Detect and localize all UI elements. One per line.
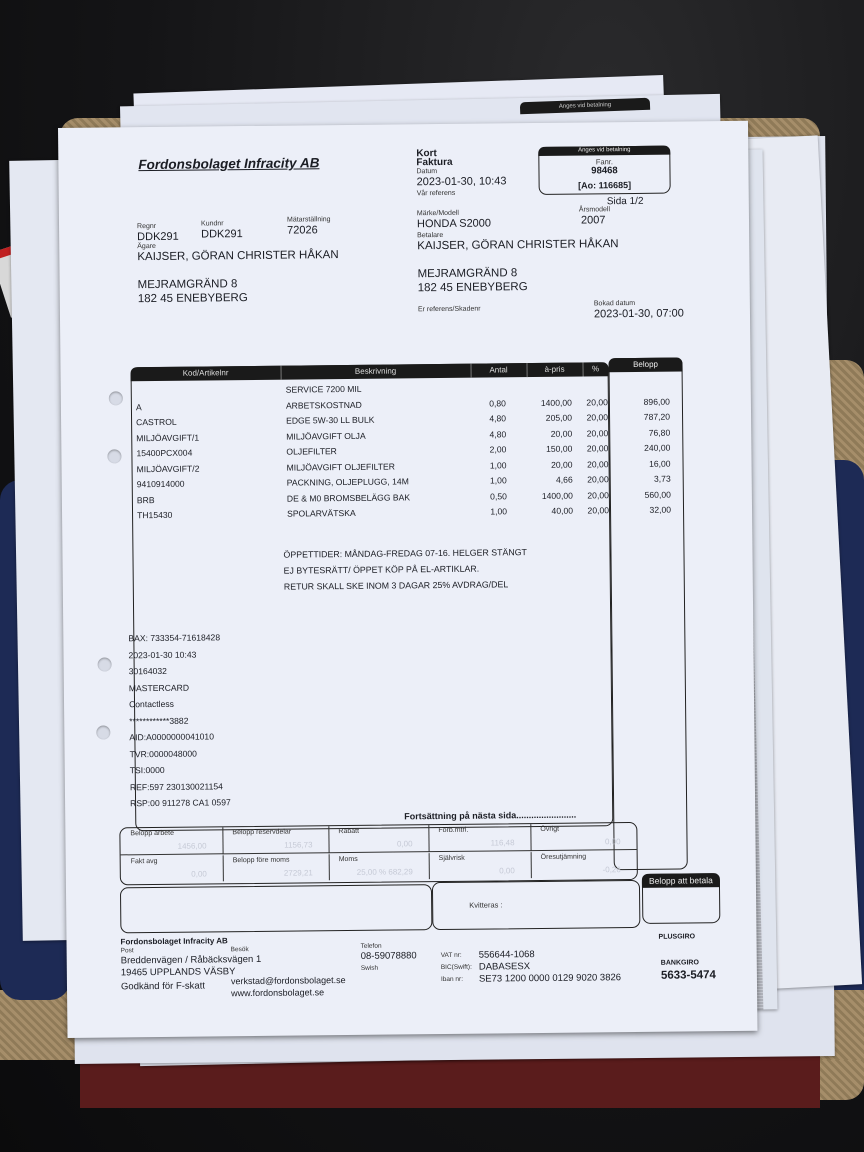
mileage-label: Mätarställning	[287, 216, 331, 223]
item-code: BRB	[137, 493, 277, 504]
receipt-line: REF:597 230130021154	[130, 778, 231, 796]
address-line2: 19465 UPPLANDS VÄSBY	[121, 966, 236, 978]
amount-to-pay-label: Belopp att betala	[642, 873, 720, 888]
item-unit-price: 4,66	[517, 475, 573, 486]
summary-value: 1156,73	[284, 840, 312, 849]
bic-label: BIC(Swift):	[441, 964, 472, 971]
summary-cell: Fakt avg0,00	[121, 855, 224, 882]
item-amount: 896,00	[610, 396, 670, 407]
summary-cell: Belopp arbete1456,00	[120, 827, 223, 855]
receipt-box: Kvitteras :	[432, 880, 640, 930]
payer-address-line1: MEJRAMGRÄND 8	[417, 267, 517, 280]
items-table: Kod/Artikelnr Beskrivning Antal à-pris %…	[131, 362, 614, 831]
bankgiro-label: BANKGIRO	[661, 959, 699, 966]
summary-value: 0,00	[605, 837, 621, 846]
post-label: Post	[121, 947, 134, 954]
summary-label: Belopp arbete	[130, 830, 174, 837]
receipt-line: TSI:0000	[130, 761, 231, 779]
item-unit-price: 1400,00	[517, 490, 573, 501]
item-qty: 1,00	[467, 460, 507, 470]
summary-label: Belopp före moms	[233, 857, 290, 865]
punch-hole	[96, 725, 110, 739]
summary-value: 0,00	[191, 869, 207, 878]
item-unit-price: 150,00	[516, 444, 572, 455]
summary-label: Förb.mtrl.	[438, 827, 468, 834]
note-line: ÖPPETTIDER: MÅNDAG-FREDAG 07-16. HELGER …	[283, 544, 527, 563]
amount-column: Belopp 896,00787,2076,80240,0016,003,735…	[608, 357, 687, 870]
footer-company-name: Fordonsbolaget Infracity AB	[120, 936, 227, 946]
item-description: SPOLARVÄTSKA	[287, 507, 477, 519]
item-amount: 32,00	[611, 505, 671, 516]
owner-address-line2: 182 45 ENEBYBERG	[138, 292, 248, 305]
receipt-line: 30164032	[129, 662, 230, 680]
iban-value: SE73 1200 0000 0129 9020 3826	[479, 972, 621, 984]
item-description: DE & M0 BROMSBELÄGG BAK	[287, 491, 477, 503]
summary-label: Självrisk	[439, 855, 465, 862]
summary-value: 0,00	[499, 866, 515, 875]
address-line1: Breddenvägen / Råbäcksvägen 1	[121, 954, 262, 966]
item-amount: 16,00	[610, 458, 670, 469]
item-amount: 76,80	[610, 427, 670, 438]
mileage-value: 72026	[287, 224, 318, 236]
item-unit-price: 20,00	[516, 428, 572, 439]
item-unit-price: 40,00	[517, 506, 573, 517]
item-description: ARBETSKOSTNAD	[286, 398, 476, 410]
ao-value: [Ao: 116685]	[540, 180, 670, 191]
summary-cell: Förb.mtrl.116,48	[428, 824, 531, 852]
summary-value: 0,00	[397, 839, 413, 848]
model-year-label: Årsmodell	[579, 206, 610, 213]
receipt-line: AID:A0000000041010	[129, 728, 230, 746]
item-amount: 560,00	[611, 489, 671, 500]
receipt-line: MASTERCARD	[129, 679, 230, 697]
item-amount: 240,00	[610, 443, 670, 454]
item-qty: 4,80	[466, 429, 506, 439]
our-reference-label: Vår referens	[417, 190, 456, 197]
date-label: Datum	[416, 168, 437, 175]
item-qty: 1,00	[467, 506, 507, 516]
item-code: MILJÖAVGIFT/2	[137, 462, 277, 473]
item-code: A	[136, 400, 276, 411]
item-description: MILJÖAVGIFT OLJA	[286, 429, 476, 441]
item-percent: 20,00	[572, 443, 608, 453]
item-code: TH15430	[137, 509, 277, 520]
payer-label: Betalare	[417, 232, 443, 239]
receipt-line: TVR:0000048000	[129, 745, 230, 763]
payment-reference-box: Anges vid betalning Fanr. 98468 [Ao: 116…	[538, 146, 670, 195]
date-value: 2023-01-30, 10:43	[417, 175, 507, 188]
summary-label: Moms	[339, 856, 358, 863]
summary-cell: Självrisk0,00	[429, 852, 532, 879]
header-qty: Antal	[470, 363, 527, 378]
signature-box-left	[120, 884, 432, 933]
item-amount: 787,20	[610, 412, 670, 423]
owner-address-line1: MEJRAMGRÄND 8	[138, 278, 238, 291]
header-percent: %	[582, 362, 608, 376]
receipt-line: BAX: 733354-71618428	[128, 629, 229, 647]
item-percent: 20,00	[572, 412, 608, 422]
item-code: 9410914000	[137, 478, 277, 489]
company-name: Fordonsbolaget Infracity AB	[138, 155, 319, 172]
item-qty: 2,00	[466, 444, 506, 454]
summary-cell: Belopp före moms2729,21	[223, 854, 330, 881]
item-qty: 4,80	[466, 413, 506, 423]
receipt-line: Contactless	[129, 695, 230, 713]
item-code: CASTROL	[136, 416, 276, 427]
punch-hole	[98, 657, 112, 671]
amount-to-pay-box: Belopp att betala	[642, 873, 721, 924]
item-description: OLJEFILTER	[286, 445, 476, 457]
item-qty: 1,00	[467, 475, 507, 485]
item-percent: 20,00	[573, 490, 609, 500]
regnr-value: DDK291	[137, 231, 179, 243]
f-tax-approval: Godkänd för F-skatt	[121, 981, 205, 993]
bankgiro-value: 5633-5474	[661, 969, 716, 982]
item-percent: 20,00	[573, 474, 609, 484]
item-unit-price: 20,00	[516, 459, 572, 470]
item-amount: 3,73	[611, 474, 671, 485]
punch-hole	[109, 391, 123, 405]
summary-label: Fakt avg	[131, 858, 158, 865]
summary-value: 1456,00	[178, 841, 207, 850]
item-qty: 0,80	[466, 398, 506, 408]
email-link[interactable]: verkstad@fordonsbolaget.se	[231, 975, 346, 986]
summary-grid: Belopp arbete1456,00Belopp reservdelar11…	[119, 822, 638, 885]
item-description: MILJÖAVGIFT OLJEFILTER	[287, 460, 477, 472]
phone-label: Telefon	[361, 943, 382, 950]
vat-label: VAT nr:	[441, 952, 462, 959]
summary-cell: Övrigt0,00	[530, 823, 636, 851]
payment-box-header: Anges vid betalning	[538, 146, 670, 156]
item-code: MILJÖAVGIFT/1	[136, 431, 276, 442]
website-link[interactable]: www.fordonsbolaget.se	[231, 987, 324, 998]
summary-value: 116,48	[491, 838, 515, 847]
item-unit-price: 205,00	[516, 413, 572, 424]
summary-cell: Rabatt0,00	[328, 825, 429, 853]
note-line: RETUR SKALL SKE INOM 3 DAGAR 25% AVDRAG/…	[284, 576, 528, 595]
receipt-line: ************3882	[129, 712, 230, 730]
continuation-text: Fortsättning på nästa sida..............…	[404, 810, 576, 822]
payer-address-line2: 182 45 ENEBYBERG	[418, 281, 528, 294]
kundnr-value: DDK291	[201, 228, 243, 240]
owner-label: Ägare	[137, 243, 156, 250]
owner-value: KAIJSER, GÖRAN CHRISTER HÅKAN	[137, 249, 338, 263]
header-code: Kod/Artikelnr	[131, 366, 282, 382]
booked-date-value: 2023-01-30, 07:00	[594, 307, 684, 320]
make-model-label: Märke/Modell	[417, 210, 459, 217]
booked-date-label: Bokad datum	[594, 300, 635, 307]
page-indicator: Sida 1/2	[607, 196, 644, 207]
invoice-document: Fordonsbolaget Infracity AB Regnr DDK291…	[58, 121, 757, 1038]
receipt-label: Kvitteras :	[469, 900, 502, 909]
regnr-label: Regnr	[137, 223, 156, 230]
header-amount: Belopp	[608, 357, 682, 372]
summary-label: Öresutjämning	[541, 854, 587, 861]
summary-cell: Öresutjämning-0,26	[531, 851, 637, 878]
summary-label: Rabatt	[338, 828, 359, 835]
item-qty: 0,50	[467, 491, 507, 501]
item-percent: 20,00	[573, 505, 609, 515]
item-description: PACKNING, OLJEPLUGG, 14M	[287, 476, 477, 488]
item-code	[136, 385, 276, 386]
card-receipt: BAX: 733354-716184282023-01-30 10:433016…	[128, 629, 231, 812]
swish-label: Swish	[361, 965, 378, 972]
table-header: Kod/Artikelnr Beskrivning Antal à-pris %	[131, 362, 609, 381]
receipt-line: RSP:00 911278 CA1 0597	[130, 794, 231, 812]
phone-value: 08-59078880	[361, 950, 417, 962]
vat-value: 556644-1068	[479, 949, 535, 961]
punch-hole	[107, 449, 121, 463]
receipt-line: 2023-01-30 10:43	[128, 646, 229, 664]
summary-value: -0,26	[603, 865, 621, 874]
make-model-value: HONDA S2000	[417, 217, 491, 230]
payer-value: KAIJSER, GÖRAN CHRISTER HÅKAN	[417, 238, 618, 252]
header-description: Beskrivning	[281, 364, 472, 380]
summary-value: 2729,21	[284, 868, 313, 877]
item-amount	[610, 381, 670, 382]
your-reference-label: Er referens/Skadenr	[418, 306, 481, 314]
header-unit-price: à-pris	[526, 363, 583, 378]
item-unit-price: 1400,00	[516, 397, 572, 408]
fanr-value: 98468	[539, 165, 669, 177]
summary-value: 25,00 % 682,29	[357, 867, 413, 877]
item-percent: 20,00	[572, 459, 608, 469]
notes: ÖPPETTIDER: MÅNDAG-FREDAG 07-16. HELGER …	[283, 544, 527, 595]
item-description: EDGE 5W-30 LL BULK	[286, 414, 476, 426]
item-percent: 20,00	[572, 428, 608, 438]
summary-cell: Moms25,00 % 682,29	[329, 853, 430, 880]
item-percent: 20,00	[572, 397, 608, 407]
kundnr-label: Kundnr	[201, 220, 224, 227]
model-year-value: 2007	[581, 214, 606, 226]
item-description: SERVICE 7200 MIL	[286, 383, 476, 395]
item-code: 15400PCX004	[136, 447, 276, 458]
summary-cell: Belopp reservdelar1156,73	[222, 826, 329, 854]
item-unit-price	[516, 382, 572, 383]
doc-type-line2: Faktura	[416, 157, 452, 168]
summary-label: Övrigt	[540, 826, 559, 833]
bic-value: DABASESX	[479, 961, 530, 973]
visit-label: Besök	[231, 946, 249, 953]
iban-label: Iban nr:	[441, 976, 463, 983]
plusgiro-label: PLUSGIRO	[658, 933, 695, 940]
summary-label: Belopp reservdelar	[232, 829, 291, 837]
